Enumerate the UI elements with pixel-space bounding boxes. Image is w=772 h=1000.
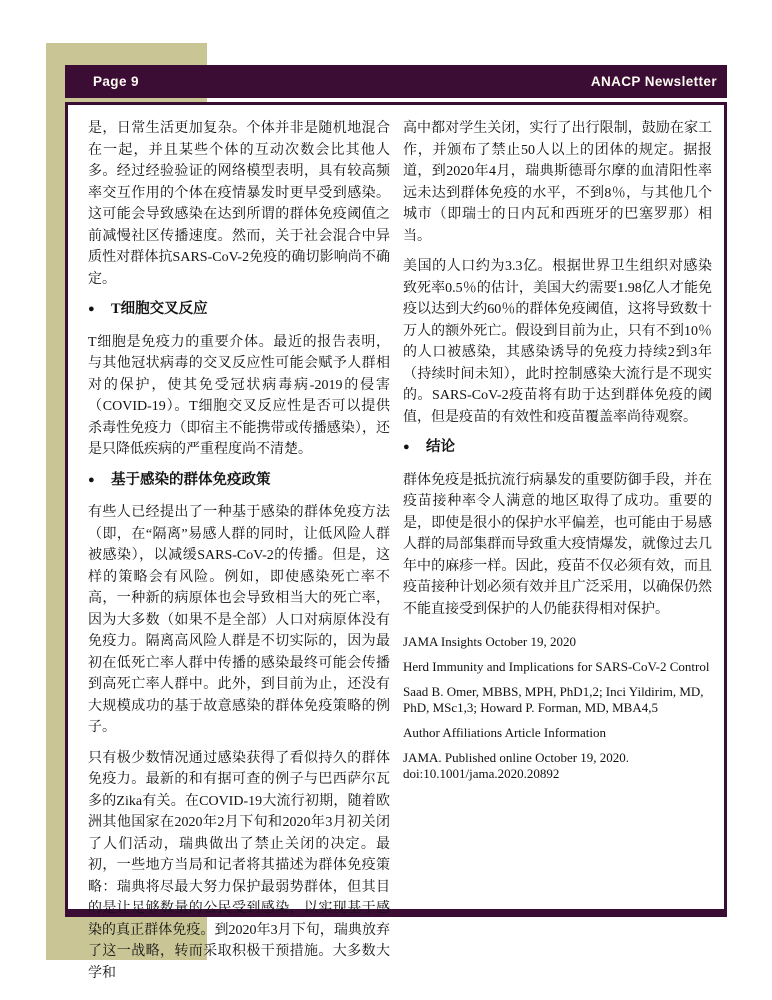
section-heading-conclusion: ● 结论 (403, 437, 712, 460)
section-heading-tcell: ● T细胞交叉反应 (88, 299, 390, 322)
newsletter-title: ANACP Newsletter (591, 74, 717, 89)
right-column: 高中都对学生关闭，实行了出行限制，鼓励在家工作，并颁布了禁止50人以上的团体的规… (403, 118, 712, 909)
page-number-label: Page 9 (93, 74, 139, 89)
paragraph-us-population: 美国的人口约为3.3亿。根据世界卫生组织对感染致死率0.5％的估计，美国大约需要… (403, 256, 712, 428)
bullet-icon: ● (403, 437, 426, 459)
paragraph-sweden-continued: 高中都对学生关闭，实行了出行限制，鼓励在家工作，并颁布了禁止50人以上的团体的规… (403, 118, 712, 247)
section-heading-label: 结论 (426, 437, 455, 459)
paragraph-sweden: 只有极少数情况通过感染获得了看似持久的群体免疫力。最新的和有据可查的例子与巴西萨… (88, 748, 390, 985)
left-column: 是，日常生活更加复杂。个体并非是随机地混合在一起，并且某些个体的互动次数会比其他… (88, 118, 390, 909)
section-heading-label: 基于感染的群体免疫政策 (111, 470, 271, 492)
paragraph-social-mixing: 是，日常生活更加复杂。个体并非是随机地混合在一起，并且某些个体的互动次数会比其他… (88, 118, 390, 290)
paragraph-conclusion: 群体免疫是抵抗流行病暴发的重要防御手段，并在疫苗接种率令人满意的地区取得了成功。… (403, 470, 712, 621)
citation-affiliations: Author Affiliations Article Information (403, 725, 712, 741)
bullet-icon: ● (88, 299, 111, 321)
paragraph-policy-risk: 有些人已经提出了一种基于感染的群体免疫方法（即，在“隔离”易感人群的同时，让低风… (88, 502, 390, 739)
citation-block: JAMA Insights October 19, 2020 Herd Immu… (403, 634, 712, 782)
citation-doi: JAMA. Published online October 19, 2020.… (403, 750, 712, 782)
article-body: 是，日常生活更加复杂。个体并非是随机地混合在一起，并且某些个体的互动次数会比其他… (65, 102, 727, 917)
paragraph-tcell: T细胞是免疫力的重要介体。最近的报告表明，与其他冠状病毒的交叉反应性可能会赋予人… (88, 332, 390, 461)
bullet-icon: ● (88, 470, 111, 492)
newsletter-page-frame: Page 9 ANACP Newsletter 是，日常生活更加复杂。个体并非是… (65, 65, 727, 917)
section-heading-label: T细胞交叉反应 (111, 299, 208, 321)
citation-source-line: JAMA Insights October 19, 2020 (403, 634, 712, 650)
citation-authors: Saad B. Omer, MBBS, MPH, PhD1,2; Inci Yi… (403, 684, 712, 716)
header-bar: Page 9 ANACP Newsletter (65, 65, 727, 98)
citation-article-title: Herd Immunity and Implications for SARS-… (403, 659, 712, 675)
section-heading-infection-policy: ● 基于感染的群体免疫政策 (88, 470, 390, 493)
